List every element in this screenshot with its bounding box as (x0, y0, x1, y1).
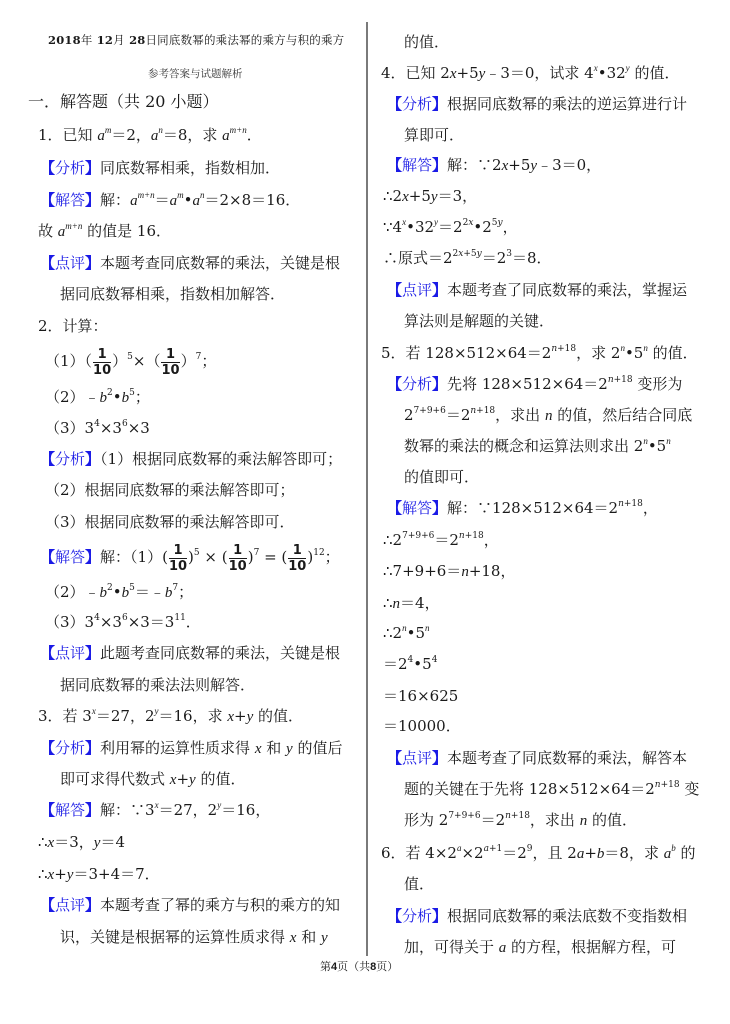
q5-analysis-3: 数幂的乘法的概念和运算法则求出 2n•5n (404, 436, 671, 456)
q5-comment: 【点评】本题考查了同底数幂的乘法，解答本 (387, 748, 687, 768)
document-title: 2018年 12月 28日同底数幂的乘法幂的乘方与积的乘方 (48, 30, 344, 50)
q2-solution: 【解答】解：（1）(110)5 × (110)7 = (110)12； (40, 542, 340, 572)
q4-solution: 【解答】解：∵2x+5y﹣3＝0， (387, 155, 601, 176)
q6-question: 6．若 4×2a×2a+1＝29，且 2a+b＝8，求 ab 的 (381, 843, 696, 864)
document-subtitle: 参考答案与试题解析 (148, 64, 243, 84)
q2-solution-3: （3）34×36×3＝311． (45, 612, 201, 632)
q4-comment-cont: 算法则是解题的关键． (404, 311, 554, 331)
q2-part1: （1）（110）5×（110）7； (45, 346, 216, 376)
q3-comment-cont: 识，关键是根据幂的运算性质求得 x 和 y (60, 927, 328, 948)
q4-analysis: 【分析】根据同底数幂的乘法的逆运算进行计 (387, 94, 687, 114)
column-divider (366, 22, 368, 956)
q3-solution: 【解答】解：∵3x＝27，2y＝16， (40, 800, 270, 820)
q5-solution-7: ＝16×625 (383, 686, 458, 706)
q5-analysis-4: 的值即可． (404, 467, 479, 487)
q3-comment: 【点评】本题考查了幂的乘方与积的乘方的知 (40, 895, 340, 915)
q2-analysis-2: （2）根据同底数幂的乘法解答即可； (45, 480, 295, 500)
q1-solution: 【解答】解：am+n＝am•an＝2×8＝16． (40, 190, 300, 211)
q5-solution-2: ∴27+9+6＝2n+18， (383, 530, 499, 550)
q2-analysis-3: （3）根据同底数幂的乘法解答即可． (45, 512, 295, 532)
q3-solution-3: ∴x+y＝3+4＝7． (38, 864, 160, 885)
q3-solution-2: ∴x＝3，y＝4 (38, 832, 125, 853)
q4-solution-4: ∴原式＝22x+5y＝23＝8． (383, 248, 552, 268)
q1-comment-cont: 据同底数幂相乘，指数相加解答． (60, 284, 285, 304)
q1-analysis: 【分析】同底数幂相乘，指数相加． (40, 158, 280, 178)
section-heading: 一．解答题（共 20 小题） (28, 92, 219, 112)
q5-question: 5．若 128×512×64＝2n+18，求 2n•5n 的值． (381, 343, 698, 363)
q5-analysis-2: 27+9+6＝2n+18，求出 n 的值，然后结合同底 (404, 405, 692, 426)
q2-comment: 【点评】此题考查同底数幂的乘法，关键是根 (40, 643, 340, 663)
q5-comment-3: 形为 27+9+6＝2n+18，求出 n 的值． (404, 810, 637, 831)
q5-solution: 【解答】解：∵128×512×64＝2n+18， (387, 498, 658, 518)
q5-solution-8: ＝10000． (383, 716, 461, 736)
q4-comment: 【点评】本题考查了同底数幂的乘法，掌握运 (387, 280, 687, 300)
q2-part3: （3）34×36×3 (45, 418, 150, 438)
q5-analysis: 【分析】先将 128×512×64＝2n+18 变形为 (387, 374, 682, 394)
page-number: 第4页（共8页） (320, 958, 398, 974)
q2-part2: （2）﹣b2•b5； (45, 387, 150, 408)
q2-solution-2: （2）﹣b2•b5＝﹣b7； (45, 582, 193, 603)
q1-comment: 【点评】本题考查同底数幂的乘法，关键是根 (40, 253, 340, 273)
document-page: 2018年 12月 28日同底数幂的乘法幂的乘方与积的乘方 参考答案与试题解析 … (0, 0, 730, 1024)
q4-solution-3: ∵4x•32y＝22x•25y， (383, 217, 518, 237)
q3-question: 3．若 3x＝27，2y＝16，求 x+y 的值． (38, 706, 303, 727)
q3-analysis-cont: 即可求得代数式 x+y 的值． (60, 769, 245, 790)
q1-question: 1．已知 am＝2，an＝8，求 am+n． (38, 125, 262, 146)
q4-solution-2: ∴2x+5y＝3， (383, 186, 477, 207)
q6-analysis: 【分析】根据同底数幂的乘法底数不变指数相 (387, 906, 687, 926)
q5-solution-5: ∴2n•5n (383, 623, 430, 643)
q4-question: 4．已知 2x+5y﹣3＝0，试求 4x•32y 的值． (381, 63, 679, 84)
q2-comment-cont: 据同底数幂的乘法法则解答． (60, 675, 255, 695)
q6-analysis-cont: 加，可得关于 a 的方程，根据解方程，可 (404, 937, 676, 958)
q3-comment-end: 的值． (404, 32, 449, 52)
q3-analysis: 【分析】利用幂的运算性质求得 x 和 y 的值后 (40, 738, 343, 759)
q6-question-cont: 值． (404, 874, 434, 894)
q1-conclusion: 故 am+n 的值是 16． (38, 221, 171, 242)
q5-solution-4: ∴n＝4， (383, 593, 440, 614)
q5-solution-6: ＝24•54 (383, 654, 437, 674)
q4-analysis-cont: 算即可． (404, 125, 464, 145)
q2-analysis: 【分析】（1）根据同底数幂的乘法解答即可； (40, 449, 342, 469)
q5-comment-2: 题的关键在于先将 128×512×64＝2n+18 变 (404, 779, 699, 799)
q5-solution-3: ∴7+9+6＝n+18， (383, 561, 515, 582)
q2-question: 2．计算： (38, 316, 108, 336)
